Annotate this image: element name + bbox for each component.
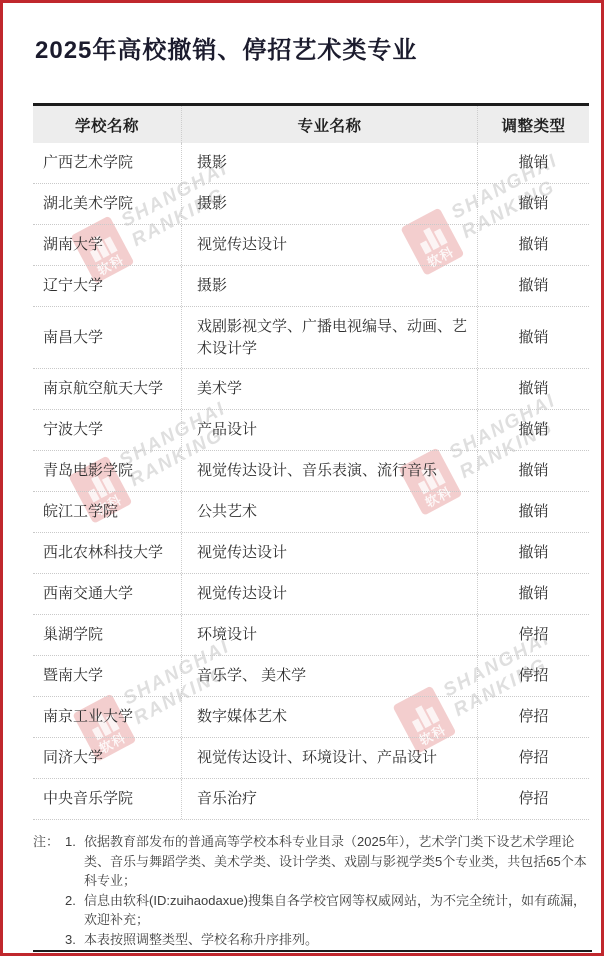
footnote-number: 2. bbox=[65, 891, 84, 930]
cell-major: 摄影 bbox=[182, 184, 478, 224]
cell-school: 西北农林科技大学 bbox=[33, 533, 182, 573]
footnote-label: 注： bbox=[33, 832, 65, 949]
column-header-major: 专业名称 bbox=[182, 106, 478, 143]
footnote-text: 信息由软科(ID:zuihaodaxue)搜集自各学校官网等权威网站，为不完全统… bbox=[84, 891, 589, 930]
footnote-item: 1. 依据教育部发布的普通高等学校本科专业目录（2025年），艺术学门类下设艺术… bbox=[65, 832, 589, 891]
table-row: 巢湖学院 环境设计 停招 bbox=[33, 615, 589, 656]
cell-major: 音乐学、 美术学 bbox=[182, 656, 478, 696]
cell-adjust-type: 撤销 bbox=[478, 369, 589, 409]
table-body: 广西艺术学院 摄影 撤销 湖北美术学院 摄影 撤销 湖南大学 视觉传达设计 撤销… bbox=[33, 143, 589, 820]
cell-major: 美术学 bbox=[182, 369, 478, 409]
footnote-text: 依据教育部发布的普通高等学校本科专业目录（2025年），艺术学门类下设艺术学理论… bbox=[84, 832, 589, 891]
cell-adjust-type: 撤销 bbox=[478, 266, 589, 306]
cell-school: 辽宁大学 bbox=[33, 266, 182, 306]
footnote-number: 3. bbox=[65, 930, 84, 950]
cell-major: 摄影 bbox=[182, 266, 478, 306]
cell-adjust-type: 停招 bbox=[478, 656, 589, 696]
cell-adjust-type: 撤销 bbox=[478, 307, 589, 368]
cell-school: 同济大学 bbox=[33, 738, 182, 778]
cell-adjust-type: 撤销 bbox=[478, 574, 589, 614]
table-row: 西北农林科技大学 视觉传达设计 撤销 bbox=[33, 533, 589, 574]
cell-school: 西南交通大学 bbox=[33, 574, 182, 614]
table-row: 暨南大学 音乐学、 美术学 停招 bbox=[33, 656, 589, 697]
footnote-text: 本表按照调整类型、学校名称升序排列。 bbox=[84, 930, 589, 950]
cell-school: 青岛电影学院 bbox=[33, 451, 182, 491]
cell-school: 南京工业大学 bbox=[33, 697, 182, 737]
cell-adjust-type: 撤销 bbox=[478, 410, 589, 450]
cell-adjust-type: 撤销 bbox=[478, 184, 589, 224]
cell-major: 公共艺术 bbox=[182, 492, 478, 532]
footnote-list: 1. 依据教育部发布的普通高等学校本科专业目录（2025年），艺术学门类下设艺术… bbox=[65, 832, 589, 949]
cell-school: 暨南大学 bbox=[33, 656, 182, 696]
footnote-item: 2. 信息由软科(ID:zuihaodaxue)搜集自各学校官网等权威网站，为不… bbox=[65, 891, 589, 930]
footnote-number: 1. bbox=[65, 832, 84, 891]
cell-major: 视觉传达设计 bbox=[182, 574, 478, 614]
infographic-page: 软科 SHANGHAI RANKING 软科 SHANGHAI RANKING … bbox=[0, 0, 604, 956]
cell-school: 皖江工学院 bbox=[33, 492, 182, 532]
table-row: 辽宁大学 摄影 撤销 bbox=[33, 266, 589, 307]
column-header-school: 学校名称 bbox=[33, 106, 182, 143]
cell-school: 湖北美术学院 bbox=[33, 184, 182, 224]
table-row: 湖北美术学院 摄影 撤销 bbox=[33, 184, 589, 225]
table-row: 南昌大学 戏剧影视文学、广播电视编导、动画、艺术设计学 撤销 bbox=[33, 307, 589, 369]
table-row: 同济大学 视觉传达设计、环境设计、产品设计 停招 bbox=[33, 738, 589, 779]
cell-school: 广西艺术学院 bbox=[33, 143, 182, 183]
cell-major: 视觉传达设计 bbox=[182, 533, 478, 573]
cell-school: 南昌大学 bbox=[33, 307, 182, 368]
table-header-row: 学校名称 专业名称 调整类型 bbox=[33, 103, 589, 143]
cell-major: 产品设计 bbox=[182, 410, 478, 450]
table-row: 中央音乐学院 音乐治疗 停招 bbox=[33, 779, 589, 820]
cell-school: 巢湖学院 bbox=[33, 615, 182, 655]
table-row: 皖江工学院 公共艺术 撤销 bbox=[33, 492, 589, 533]
cell-adjust-type: 撤销 bbox=[478, 533, 589, 573]
column-header-type: 调整类型 bbox=[478, 106, 589, 143]
cell-school: 宁波大学 bbox=[33, 410, 182, 450]
cell-adjust-type: 撤销 bbox=[478, 225, 589, 265]
cell-adjust-type: 撤销 bbox=[478, 451, 589, 491]
cell-major: 视觉传达设计、环境设计、产品设计 bbox=[182, 738, 478, 778]
cell-school: 中央音乐学院 bbox=[33, 779, 182, 819]
table-row: 南京航空航天大学 美术学 撤销 bbox=[33, 369, 589, 410]
cell-major: 摄影 bbox=[182, 143, 478, 183]
cell-school: 南京航空航天大学 bbox=[33, 369, 182, 409]
bottom-rule bbox=[33, 950, 592, 952]
page-title: 2025年高校撤销、停招艺术类专业 bbox=[35, 30, 417, 65]
table-row: 南京工业大学 数字媒体艺术 停招 bbox=[33, 697, 589, 738]
cell-adjust-type: 停招 bbox=[478, 615, 589, 655]
cell-adjust-type: 撤销 bbox=[478, 143, 589, 183]
cell-major: 视觉传达设计 bbox=[182, 225, 478, 265]
table-row: 青岛电影学院 视觉传达设计、音乐表演、流行音乐 撤销 bbox=[33, 451, 589, 492]
table-row: 西南交通大学 视觉传达设计 撤销 bbox=[33, 574, 589, 615]
cell-adjust-type: 停招 bbox=[478, 697, 589, 737]
table-row: 湖南大学 视觉传达设计 撤销 bbox=[33, 225, 589, 266]
cell-major: 环境设计 bbox=[182, 615, 478, 655]
footnote-item: 3. 本表按照调整类型、学校名称升序排列。 bbox=[65, 930, 589, 950]
table-row: 广西艺术学院 摄影 撤销 bbox=[33, 143, 589, 184]
cell-school: 湖南大学 bbox=[33, 225, 182, 265]
cell-major: 数字媒体艺术 bbox=[182, 697, 478, 737]
cell-major: 音乐治疗 bbox=[182, 779, 478, 819]
cell-major: 视觉传达设计、音乐表演、流行音乐 bbox=[182, 451, 478, 491]
cell-adjust-type: 停招 bbox=[478, 779, 589, 819]
cell-major: 戏剧影视文学、广播电视编导、动画、艺术设计学 bbox=[182, 307, 478, 368]
cell-adjust-type: 撤销 bbox=[478, 492, 589, 532]
cell-adjust-type: 停招 bbox=[478, 738, 589, 778]
footnotes: 注： 1. 依据教育部发布的普通高等学校本科专业目录（2025年），艺术学门类下… bbox=[33, 821, 589, 949]
majors-table: 学校名称 专业名称 调整类型 广西艺术学院 摄影 撤销 湖北美术学院 摄影 撤销… bbox=[33, 103, 589, 820]
table-row: 宁波大学 产品设计 撤销 bbox=[33, 410, 589, 451]
